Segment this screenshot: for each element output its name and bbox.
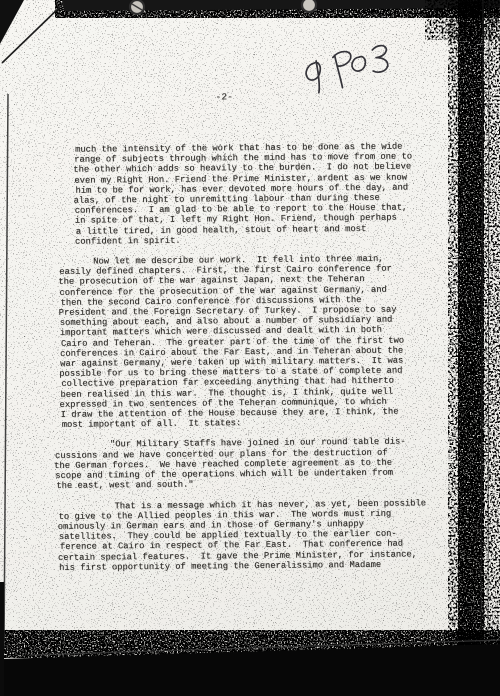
paragraph: "Our Military Staffs have joined in our … (55, 436, 500, 491)
paragraph: Now let me describe our work. It fell in… (59, 253, 500, 431)
page-content: -2- much the intensity of the work that … (0, 0, 500, 696)
scanned-document-page: -2- much the intensity of the work that … (0, 0, 500, 696)
text-block: much the intensity of the work that has … (0, 141, 500, 574)
page-number: -2- (216, 92, 234, 102)
paragraph: much the intensity of the work that has … (74, 141, 499, 247)
paragraph: That is a message which it has never, as… (58, 497, 500, 573)
